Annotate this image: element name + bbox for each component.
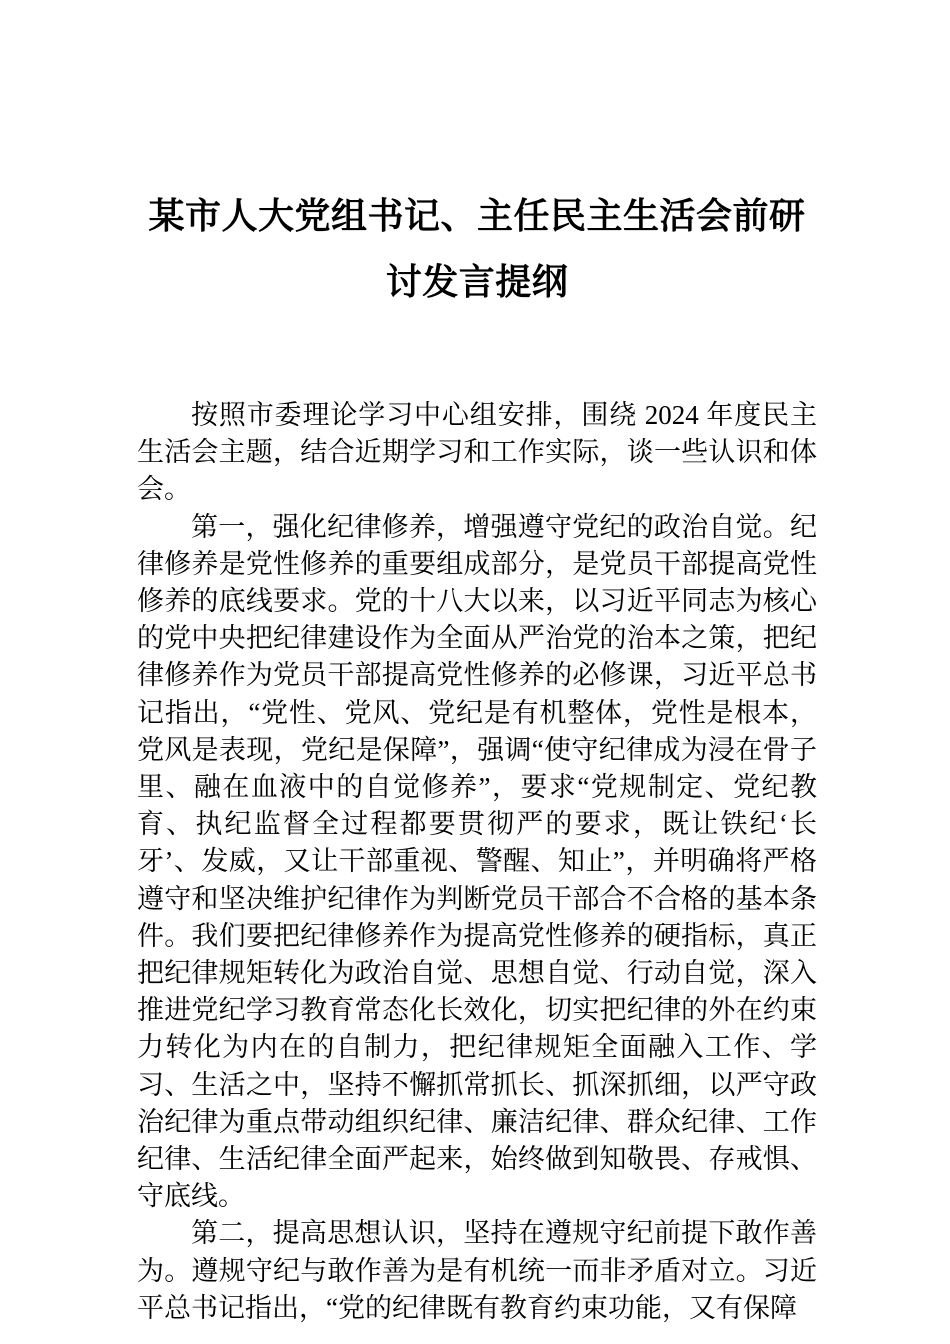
- paragraph-first-point: 第一，强化纪律修养，增强遵守党纪的政治自觉。纪律修养是党性修养的重要组成部分，是…: [137, 509, 817, 1216]
- page-title-line-2: 讨发言提纲: [137, 249, 817, 315]
- document-body: 按照市委理论学习中心组安排，围绕 2024 年度民主生活会主题，结合近期学习和工…: [137, 397, 817, 1327]
- page-title: 某市人大党组书记、主任民主生活会前研 讨发言提纲: [137, 183, 817, 315]
- document-page: 某市人大党组书记、主任民主生活会前研 讨发言提纲 按照市委理论学习中心组安排，围…: [0, 0, 950, 1344]
- paragraph-second-point: 第二，提高思想认识，坚持在遵规守纪前提下敢作善为。遵规守纪与敢作善为是有机统一而…: [137, 1215, 817, 1327]
- paragraph-intro: 按照市委理论学习中心组安排，围绕 2024 年度民主生活会主题，结合近期学习和工…: [137, 397, 817, 509]
- page-title-line-1: 某市人大党组书记、主任民主生活会前研: [137, 183, 817, 249]
